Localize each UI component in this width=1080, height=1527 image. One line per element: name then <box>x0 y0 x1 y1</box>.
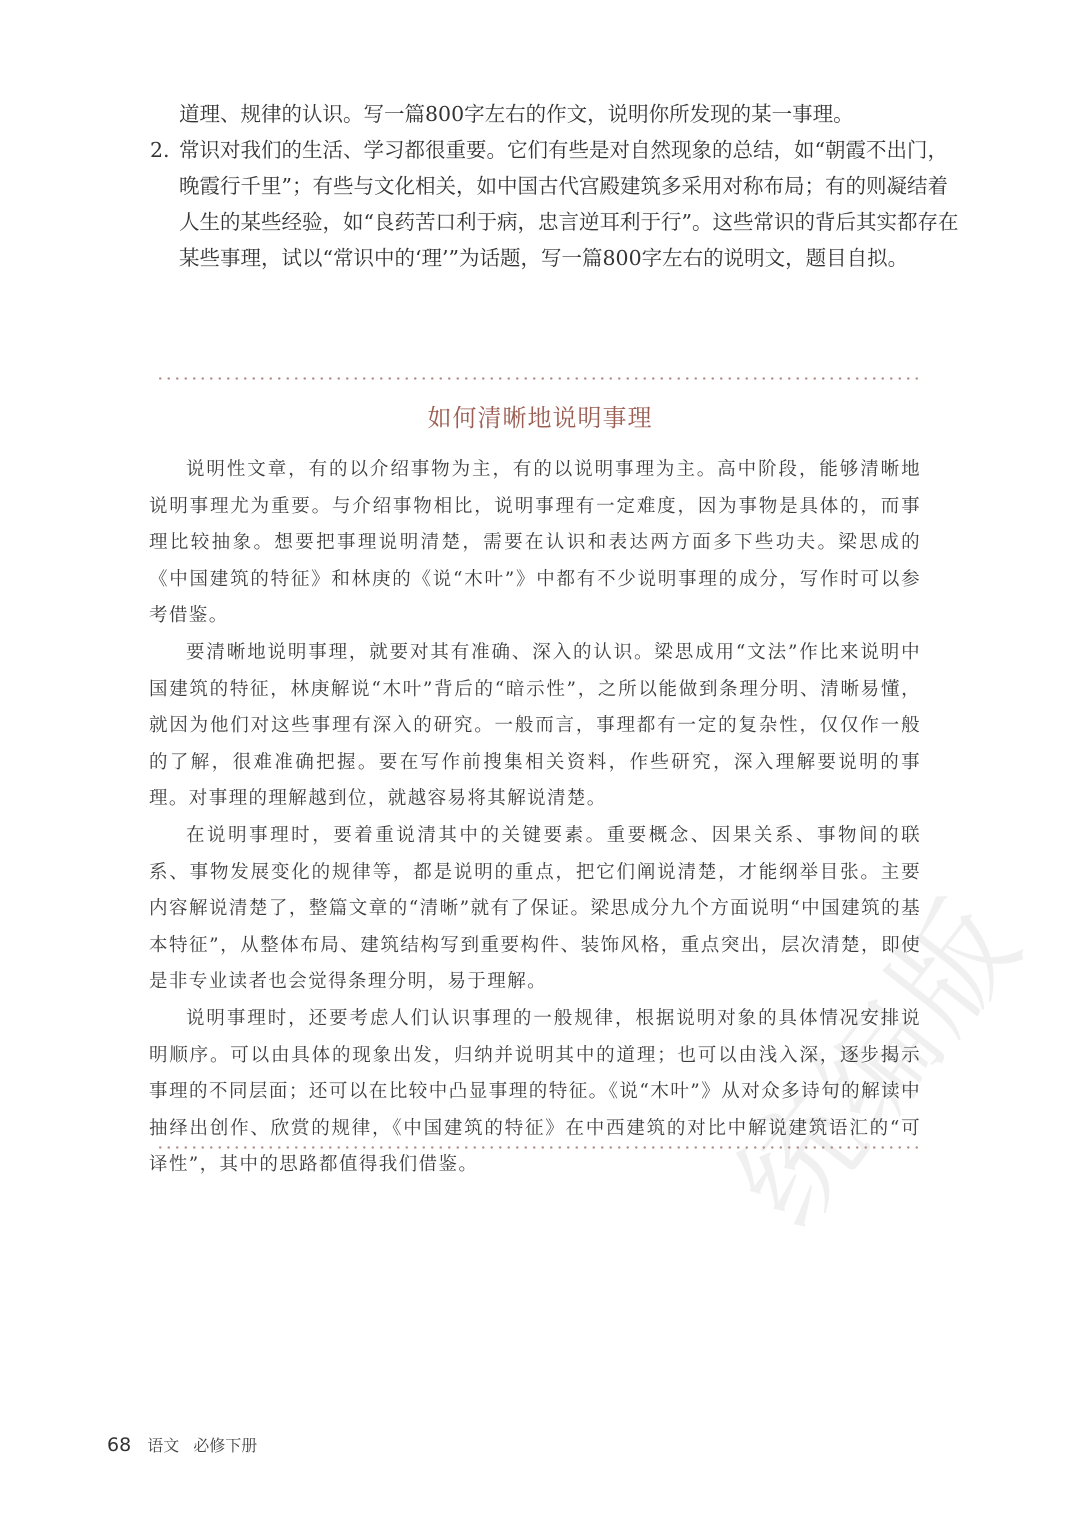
paragraph: 说明性文章，有的以介绍事物为主，有的以说明事理为主。高中阶段，能够清晰地说明事理… <box>149 452 921 635</box>
exercise-1-continuation: 道理、规律的认识。写一篇800字左右的作文，说明你所发现的某一事理。 <box>150 96 962 132</box>
page-footer: 68 语文 必修下册 <box>107 1433 257 1456</box>
section-body: 说明性文章，有的以介绍事物为主，有的以说明事理为主。高中阶段，能够清晰地说明事理… <box>149 452 921 1184</box>
book-volume: 必修下册 <box>193 1433 257 1456</box>
exercise-number: 2. <box>150 132 170 168</box>
writing-exercises: 道理、规律的认识。写一篇800字左右的作文，说明你所发现的某一事理。 2. 常识… <box>150 96 962 276</box>
dotted-divider-bottom <box>156 1146 924 1149</box>
section-title: 如何清晰地说明事理 <box>0 398 1080 433</box>
exercise-2-text: 常识对我们的生活、学习都很重要。它们有些是对自然现象的总结，如“朝霞不出门，晚霞… <box>179 138 958 270</box>
paragraph: 要清晰地说明事理，就要对其有准确、深入的认识。梁思成用“文法”作比来说明中国建筑… <box>149 635 921 818</box>
book-subject: 语文 <box>147 1433 179 1456</box>
exercise-2: 2. 常识对我们的生活、学习都很重要。它们有些是对自然现象的总结，如“朝霞不出门… <box>150 132 962 276</box>
textbook-page: 统编版 道理、规律的认识。写一篇800字左右的作文，说明你所发现的某一事理。 2… <box>0 0 1080 1527</box>
dotted-divider-top <box>156 377 924 380</box>
paragraph: 在说明事理时，要着重说清其中的关键要素。重要概念、因果关系、事物间的联系、事物发… <box>149 818 921 1001</box>
page-number: 68 <box>107 1434 131 1456</box>
paragraph: 说明事理时，还要考虑人们认识事理的一般规律，根据说明对象的具体情况安排说明顺序。… <box>149 1001 921 1184</box>
